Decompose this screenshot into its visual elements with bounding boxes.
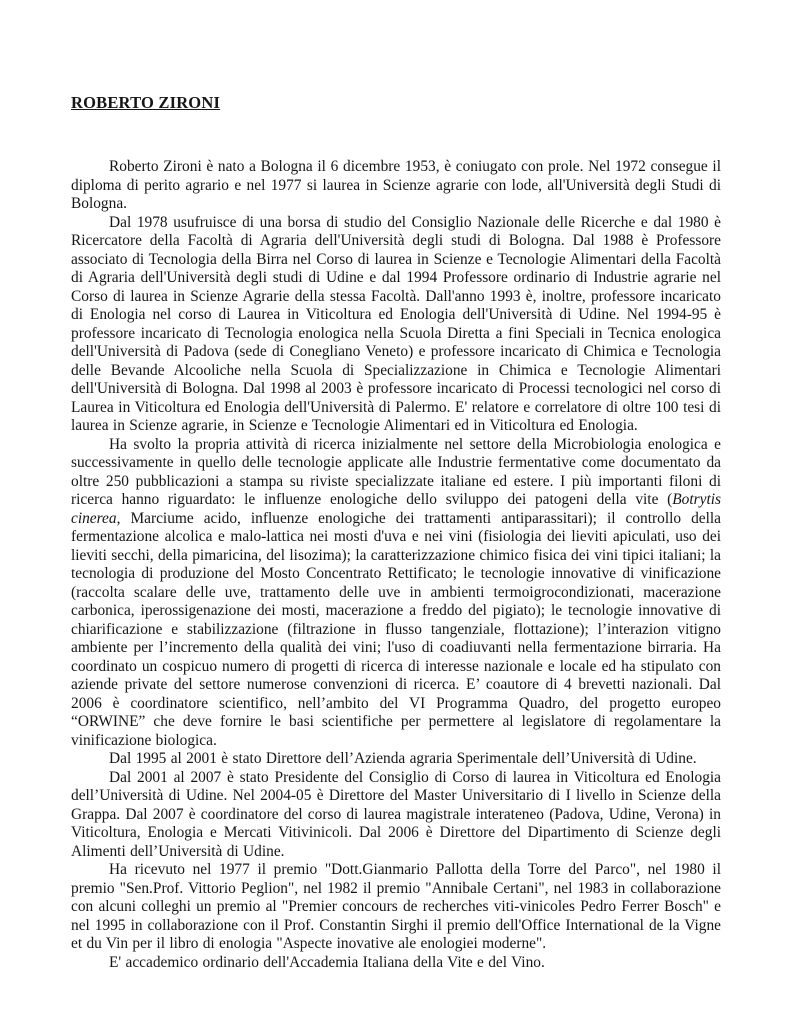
paragraph-text: Dal 2001 al 2007 è stato Presidente del … <box>71 769 721 860</box>
paragraph-bio-intro: Roberto Zironi è nato a Bologna il 6 dic… <box>71 158 721 214</box>
paragraph-director-azienda: Dal 1995 al 2001 è stato Direttore dell’… <box>71 750 721 769</box>
document-page: ROBERTO ZIRONI Roberto Zironi è nato a B… <box>0 0 791 1024</box>
paragraph-text: Ha ricevuto nel 1977 il premio "Dott.Gia… <box>71 861 721 952</box>
paragraph-text: Dal 1978 usufruisce di una borsa di stud… <box>71 214 721 435</box>
paragraph-awards: Ha ricevuto nel 1977 il premio "Dott.Gia… <box>71 861 721 954</box>
paragraph-president-roles: Dal 2001 al 2007 è stato Presidente del … <box>71 769 721 862</box>
paragraph-text: , Marciume acido, influenze enologiche d… <box>71 510 721 749</box>
paragraph-text: Roberto Zironi è nato a Bologna il 6 dic… <box>71 158 721 212</box>
document-title: ROBERTO ZIRONI <box>71 93 721 112</box>
paragraph-research: Ha svolto la propria attività di ricerca… <box>71 436 721 751</box>
paragraph-text: E' accademico ordinario dell'Accademia I… <box>109 954 545 971</box>
paragraph-text: Dal 1995 al 2001 è stato Direttore dell’… <box>109 750 697 767</box>
paragraph-career: Dal 1978 usufruisce di una borsa di stud… <box>71 214 721 436</box>
paragraph-text: Ha svolto la propria attività di ricerca… <box>71 436 721 509</box>
paragraph-academy-membership: E' accademico ordinario dell'Accademia I… <box>71 954 721 973</box>
